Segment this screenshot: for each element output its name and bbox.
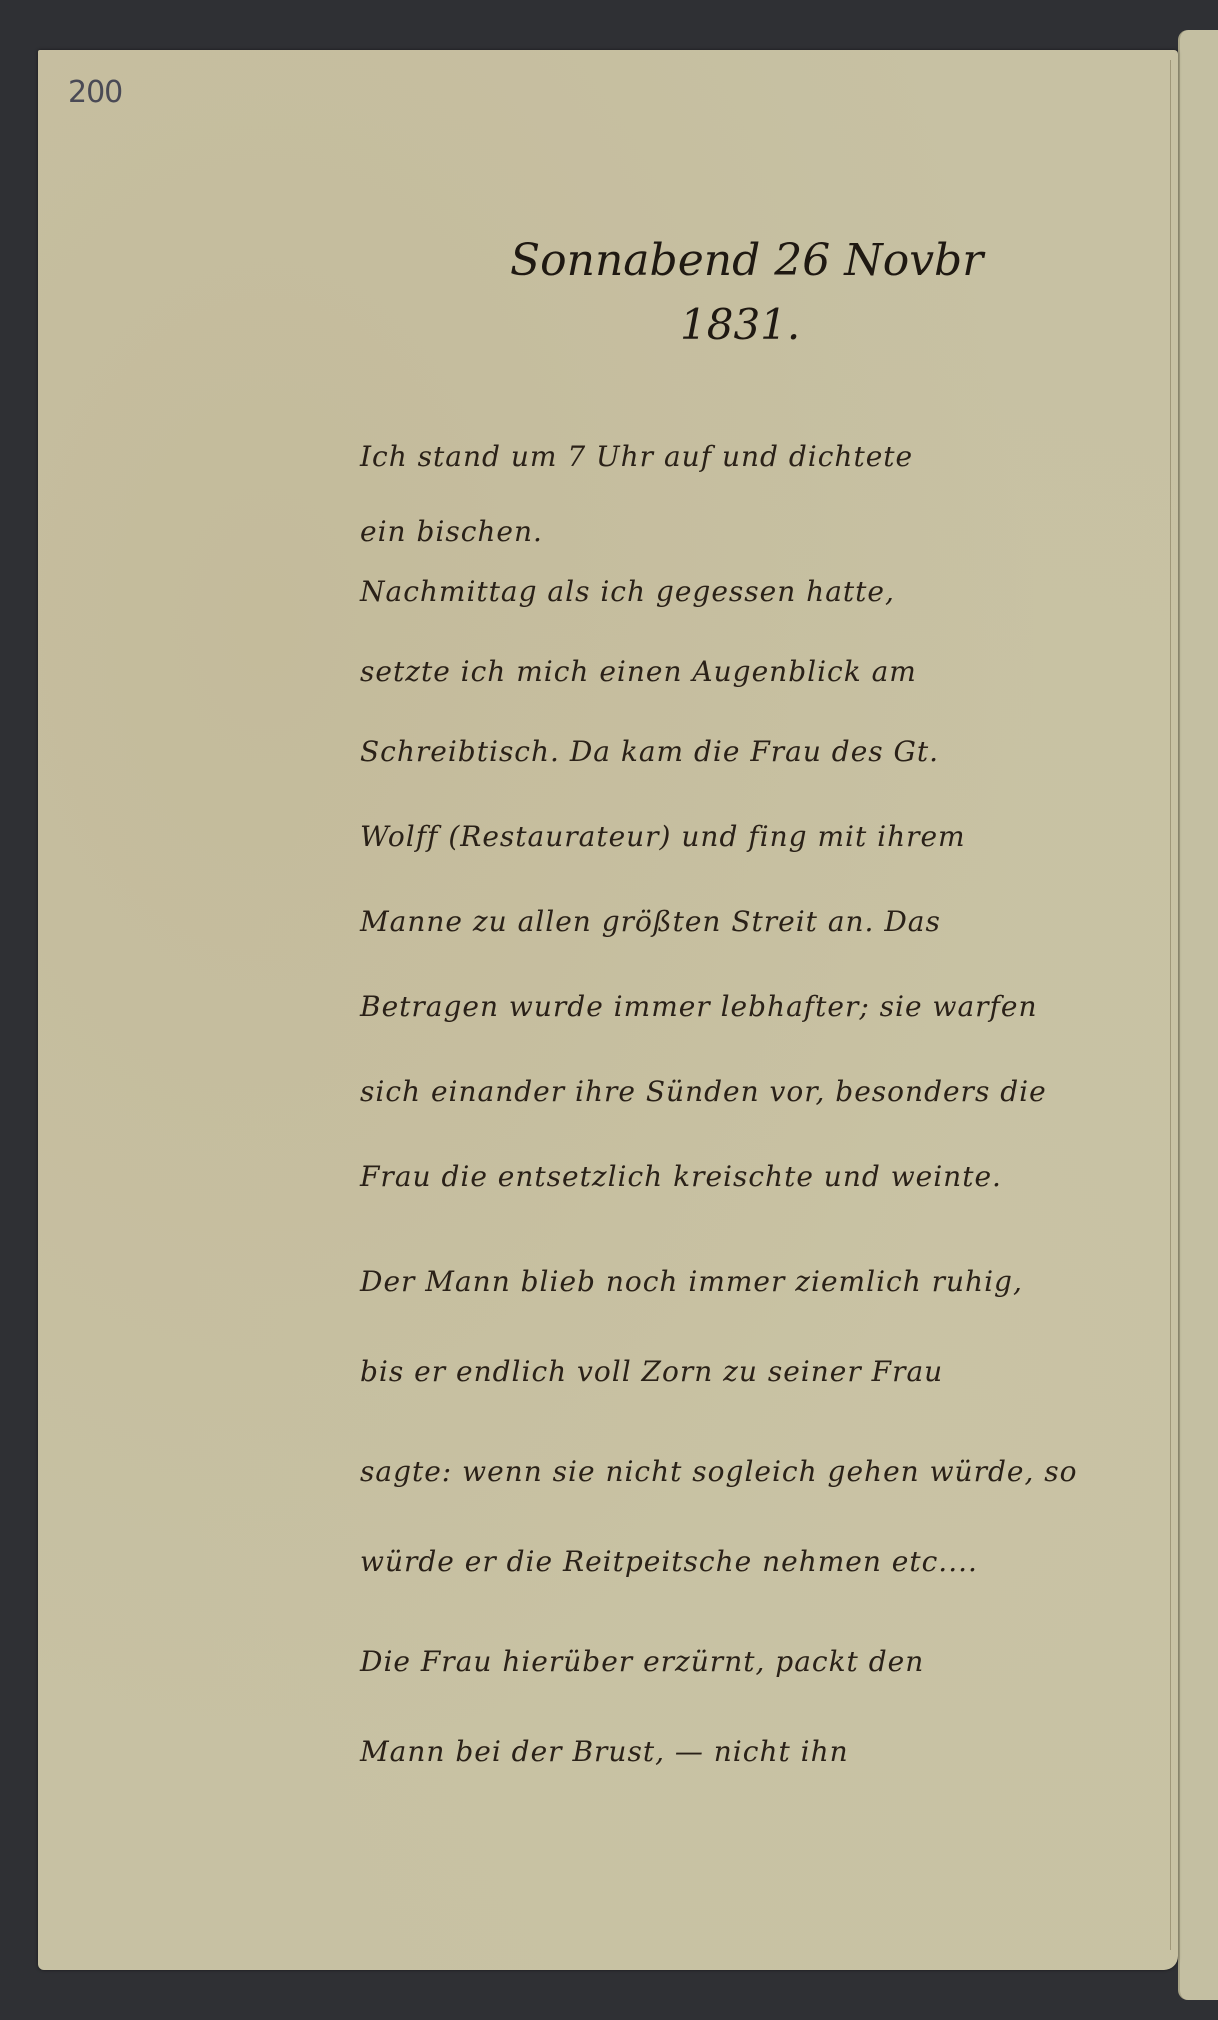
text-line: Schreibtisch. Da kam die Frau des Gt.	[360, 735, 939, 768]
text-line: Betragen wurde immer lebhafter; sie warf…	[360, 990, 1037, 1023]
text-line: setzte ich mich einen Augenblick am	[360, 655, 917, 688]
text-line: Frau die entsetzlich kreischte und weint…	[360, 1160, 1002, 1193]
text-line: Ich stand um 7 Uhr auf und dichtete	[360, 440, 913, 473]
entry-year: 1831.	[680, 300, 800, 349]
text-line: ein bischen.	[360, 515, 543, 548]
text-line: Die Frau hierüber erzürnt, packt den	[360, 1645, 924, 1678]
text-line: Der Mann blieb noch immer ziemlich ruhig…	[360, 1265, 1023, 1298]
entry-date-heading: Sonnabend 26 Novbr	[510, 235, 983, 286]
adjacent-page-edge	[1178, 30, 1218, 2000]
folio-number: 200	[68, 75, 122, 110]
text-line: Mann bei der Brust, — nicht ihn	[360, 1735, 849, 1768]
text-line: Wolff (Restaurateur) und fing mit ihrem	[360, 820, 966, 853]
text-line: sich einander ihre Sünden vor, besonders…	[360, 1075, 1047, 1108]
text-line: bis er endlich voll Zorn zu seiner Frau	[360, 1355, 943, 1388]
page-fold-line	[1170, 60, 1171, 1950]
text-line: würde er die Reitpeitsche nehmen etc....	[360, 1545, 978, 1578]
text-line: Manne zu allen größten Streit an. Das	[360, 905, 941, 938]
text-line: sagte: wenn sie nicht sogleich gehen wür…	[360, 1455, 1077, 1488]
text-line: Nachmittag als ich gegessen hatte,	[360, 575, 895, 608]
